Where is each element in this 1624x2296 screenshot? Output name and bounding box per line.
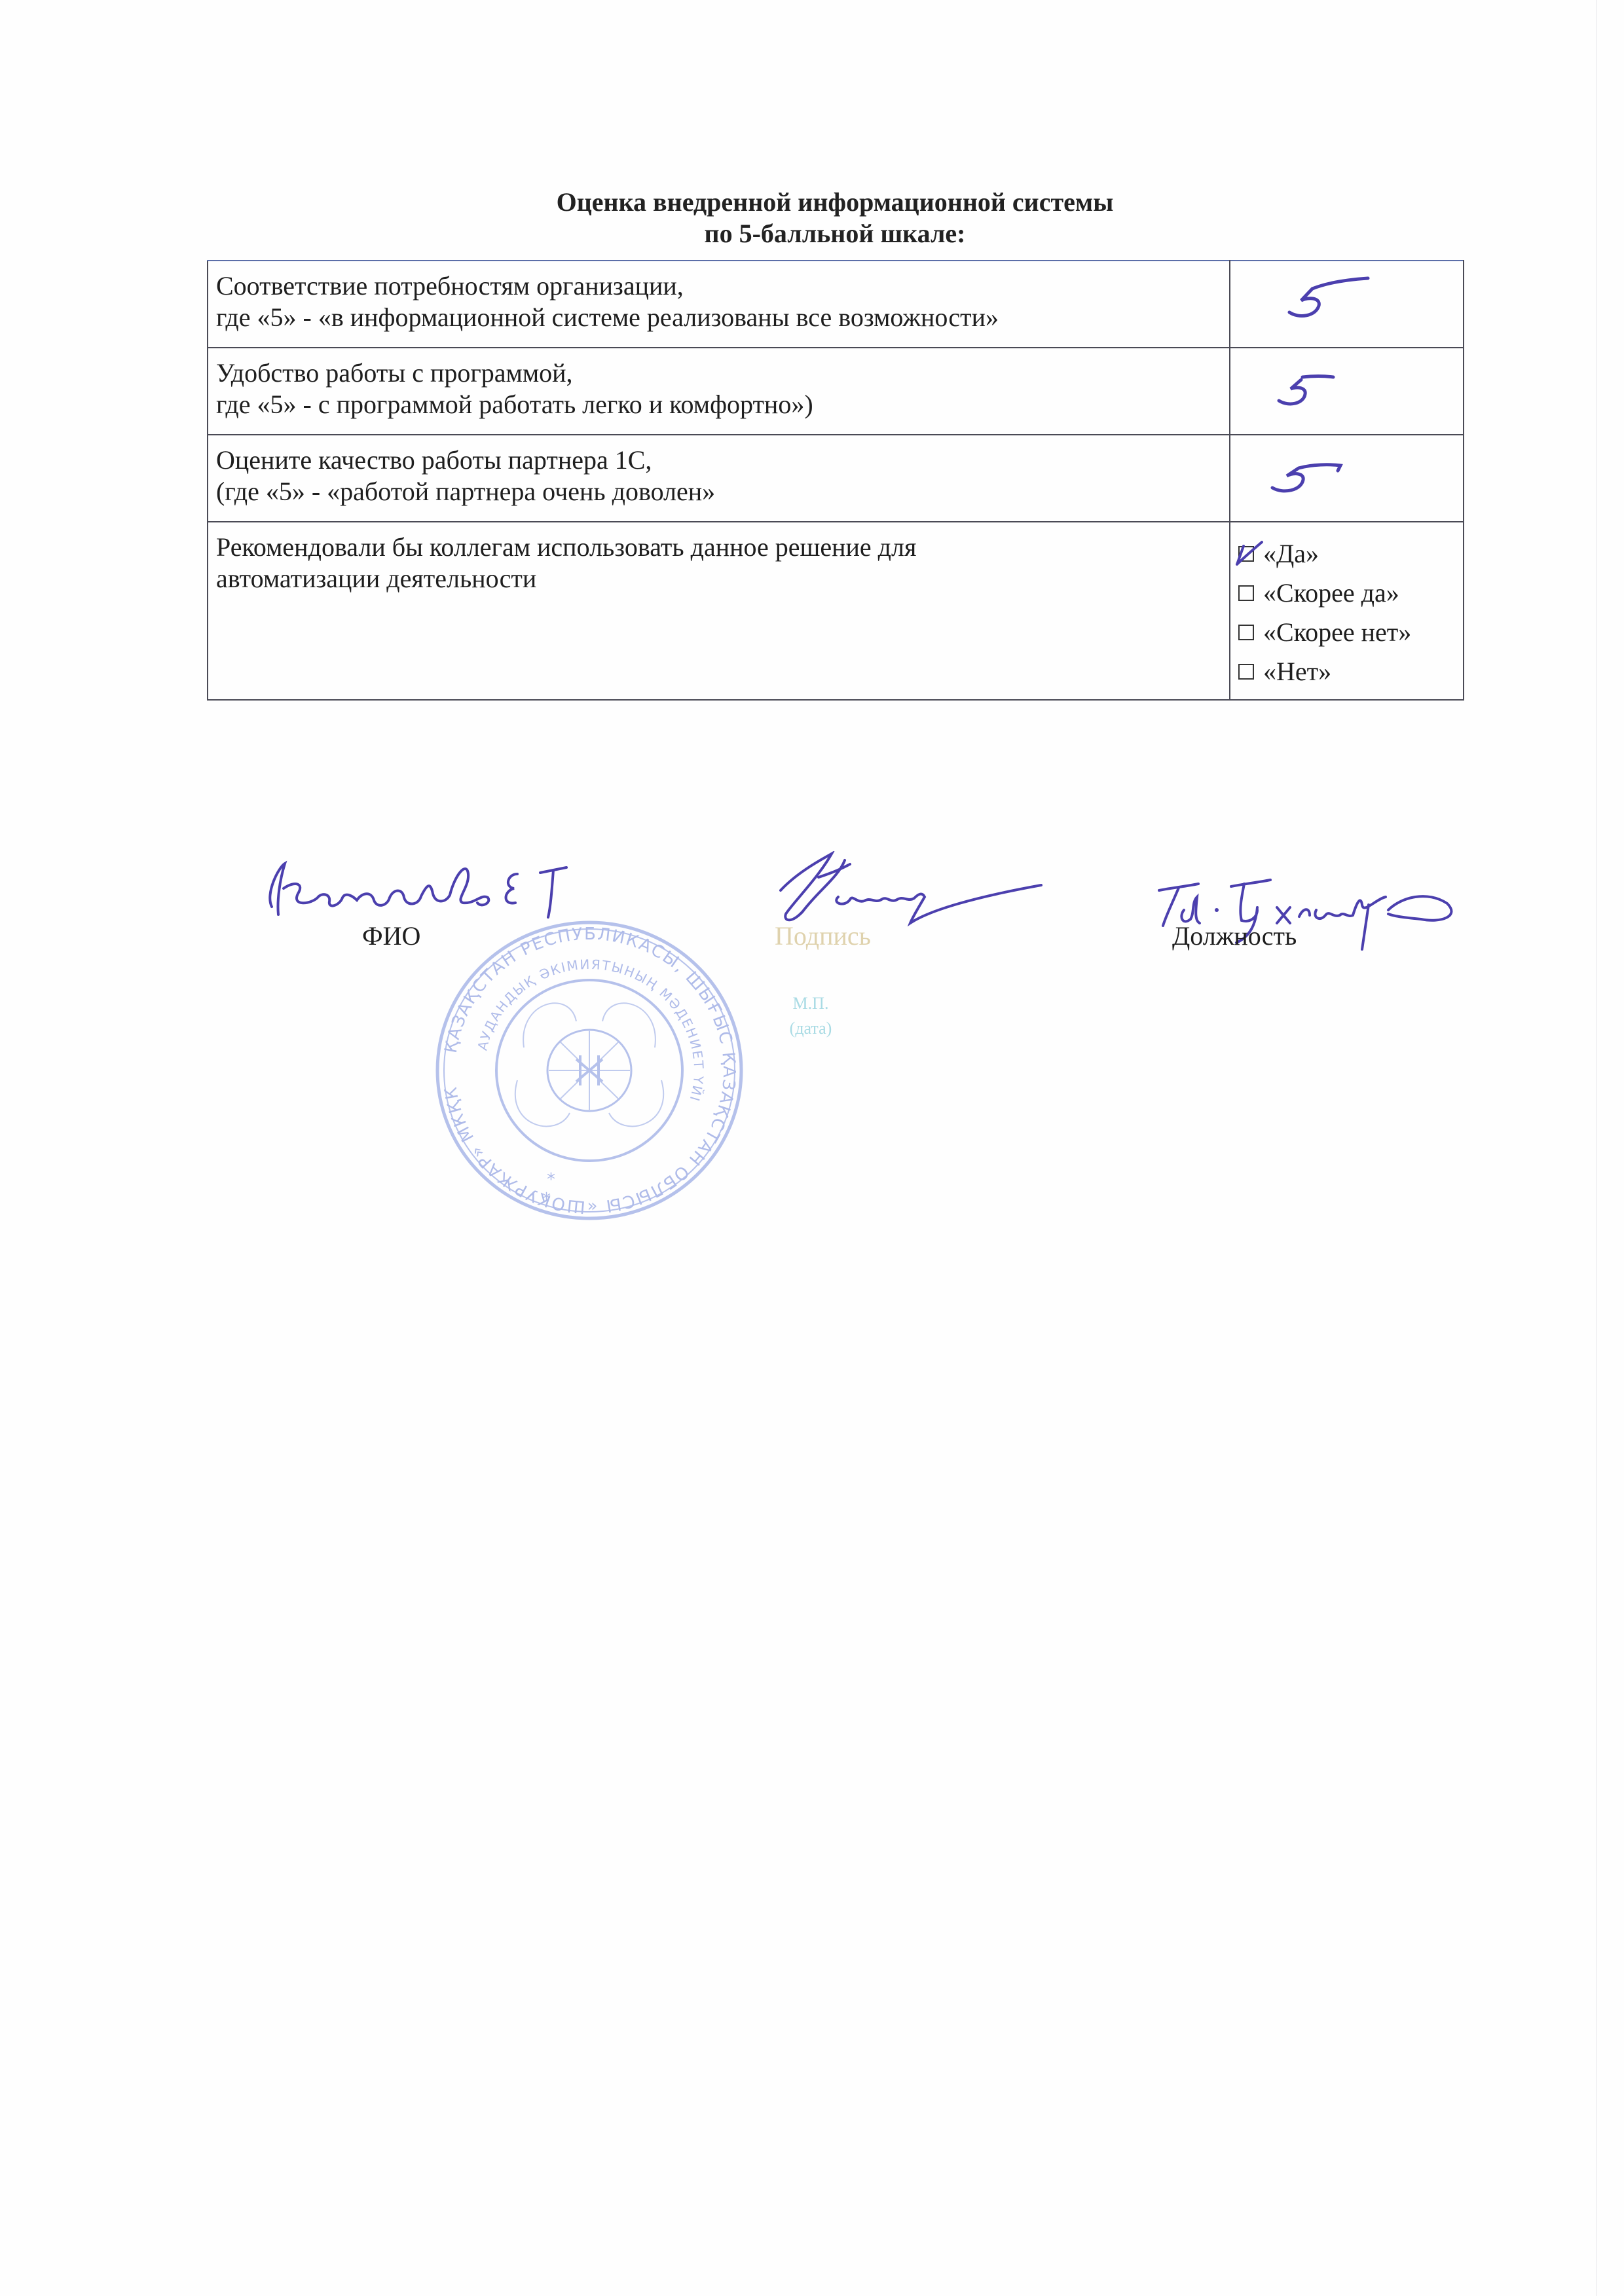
fio-label: ФИО	[362, 920, 420, 952]
question-line-2: (где «5» - «работой партнера очень довол…	[216, 476, 1223, 507]
table-row: Оцените качество работы партнера 1С, (гд…	[208, 435, 1464, 522]
question-line-1: Соответствие потребностям организации,	[216, 270, 1223, 302]
question-line-1: Рекомендовали бы коллегам использовать д…	[216, 532, 1223, 563]
signature-label: Подпись	[775, 920, 871, 952]
recommend-options: «Да» «Скорее да» «Скорее нет» «Нет»	[1230, 522, 1464, 700]
handwritten-score-5	[1283, 273, 1381, 325]
table-row: Соответствие потребностям организации, г…	[208, 261, 1464, 348]
evaluation-table: Соответствие потребностям организации, г…	[207, 260, 1464, 701]
mp-label: М.П.	[771, 993, 850, 1014]
option-label: «Да»	[1263, 538, 1319, 570]
check-mark-icon	[1234, 538, 1263, 567]
question-cell: Соответствие потребностям организации, г…	[208, 261, 1230, 348]
question-line-2: где «5» - «в информационной системе реал…	[216, 302, 1223, 333]
checkbox-icon[interactable]	[1238, 625, 1254, 640]
title-line-1: Оценка внедренной информационной системы	[207, 187, 1463, 218]
table-row: Удобство работы с программой, где «5» - …	[208, 348, 1464, 435]
date-label: (дата)	[771, 1018, 850, 1039]
question-line-1: Удобство работы с программой,	[216, 357, 1223, 389]
question-line-2: автоматизации деятельности	[216, 563, 1223, 594]
option-label: «Нет»	[1263, 656, 1331, 687]
table-row: Рекомендовали бы коллегам использовать д…	[208, 522, 1464, 700]
option-yes[interactable]: «Да»	[1238, 534, 1456, 574]
option-label: «Скорее да»	[1263, 577, 1399, 609]
question-cell: Рекомендовали бы коллегам использовать д…	[208, 522, 1230, 700]
score-cell[interactable]: 5	[1230, 348, 1464, 435]
scan-edge-line	[1596, 0, 1597, 2296]
option-no[interactable]: «Нет»	[1238, 652, 1456, 691]
position-label: Должность	[1172, 920, 1297, 952]
option-label: «Скорее нет»	[1263, 617, 1411, 648]
checkbox-checked-icon[interactable]	[1238, 546, 1254, 562]
handwritten-score-5	[1271, 363, 1369, 415]
official-stamp: ҚАЗАҚСТАН РЕСПУБЛИКАСЫ, ШЫҒЫС ҚАЗАҚСТАН …	[426, 917, 753, 1224]
title-line-2: по 5-балльной шкале:	[207, 218, 1463, 249]
question-cell: Удобство работы с программой, где «5» - …	[208, 348, 1230, 435]
svg-text:*: *	[542, 1190, 551, 1209]
handwritten-name-signature	[259, 854, 652, 926]
option-rather-no[interactable]: «Скорее нет»	[1238, 613, 1456, 652]
option-rather-yes[interactable]: «Скорее да»	[1238, 574, 1456, 613]
score-cell[interactable]: 5	[1230, 435, 1464, 522]
handwritten-score-5	[1267, 450, 1365, 502]
question-line-2: где «5» - с программой работать легко и …	[216, 389, 1223, 420]
question-cell: Оцените качество работы партнера 1С, (гд…	[208, 435, 1230, 522]
svg-text:*: *	[547, 1170, 555, 1190]
document-title: Оценка внедренной информационной системы…	[207, 187, 1463, 249]
checkbox-icon[interactable]	[1238, 664, 1254, 680]
question-line-1: Оцените качество работы партнера 1С,	[216, 445, 1223, 476]
checkbox-icon[interactable]	[1238, 585, 1254, 601]
score-cell[interactable]: 5	[1230, 261, 1464, 348]
